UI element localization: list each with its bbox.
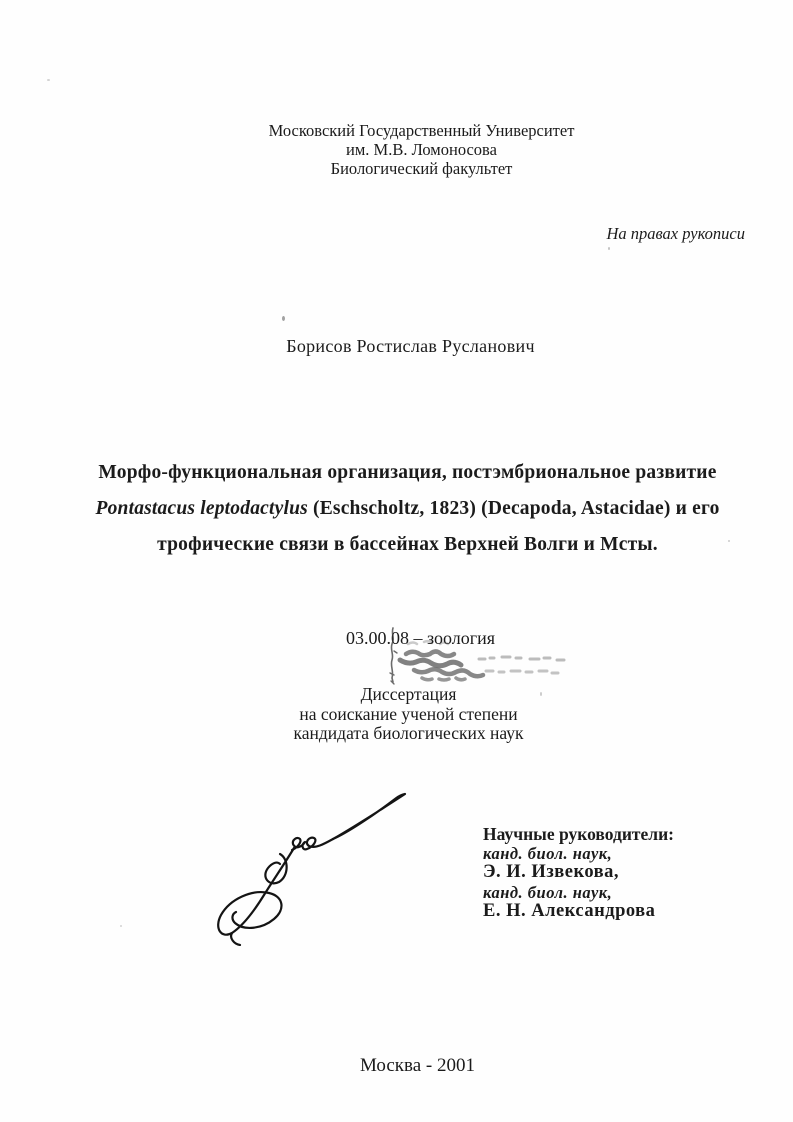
thesis-line-3: кандидата биологических наук: [12, 724, 793, 744]
institution-line-2: им. М.В. Ломоносова: [25, 140, 793, 159]
supervisors-block: Научные руководители: канд. биол. наук, …: [483, 824, 674, 921]
title-line-1: Морфо-функциональная организация, постэм…: [11, 455, 793, 491]
institution-line-1: Московский Государственный Университет: [25, 121, 793, 140]
scan-speck: [608, 247, 610, 250]
thesis-line-2: на соискание ученой степени: [12, 705, 793, 725]
supervisor-1-degree: канд. биол. наук,: [483, 844, 674, 863]
scan-speck: [120, 925, 122, 927]
thesis-line-1: Диссертация: [12, 685, 793, 705]
supervisor-1-name: Э. И. Извекова,: [483, 863, 674, 883]
supervisor-2-name: Е. Н. Александрова: [483, 902, 674, 922]
title-line-2-rest: (Eschscholtz, 1823) (Decapoda, Astacidae…: [308, 498, 720, 519]
supervisors-heading: Научные руководители:: [483, 824, 674, 844]
institution-line-3: Биологический факультет: [25, 159, 793, 178]
footer-city-year: Москва - 2001: [21, 1055, 793, 1077]
dissertation-title: Морфо-функциональная организация, постэм…: [11, 455, 793, 563]
species-name: Pontastacus leptodactylus: [95, 498, 307, 519]
title-page: Московский Государственный Университет и…: [0, 0, 793, 1122]
title-line-3: трофические связи в бассейнах Верхней Во…: [11, 527, 793, 563]
ink-smudge: [384, 626, 584, 688]
author-name: Борисов Ростислав Русланович: [14, 336, 793, 357]
manuscript-note: На правах рукописи: [606, 224, 745, 244]
thesis-statement: Диссертация на соискание ученой степени …: [12, 685, 793, 744]
scan-speck: [282, 316, 285, 321]
institution-header: Московский Государственный Университет и…: [25, 121, 793, 178]
supervisor-2-degree: канд. биол. наук,: [483, 883, 674, 902]
title-line-2: Pontastacus leptodactylus (Eschscholtz, …: [11, 491, 793, 527]
scan-speck: [540, 692, 542, 696]
scan-speck: [47, 79, 50, 81]
scan-speck: [728, 540, 730, 542]
signature: [206, 786, 418, 946]
